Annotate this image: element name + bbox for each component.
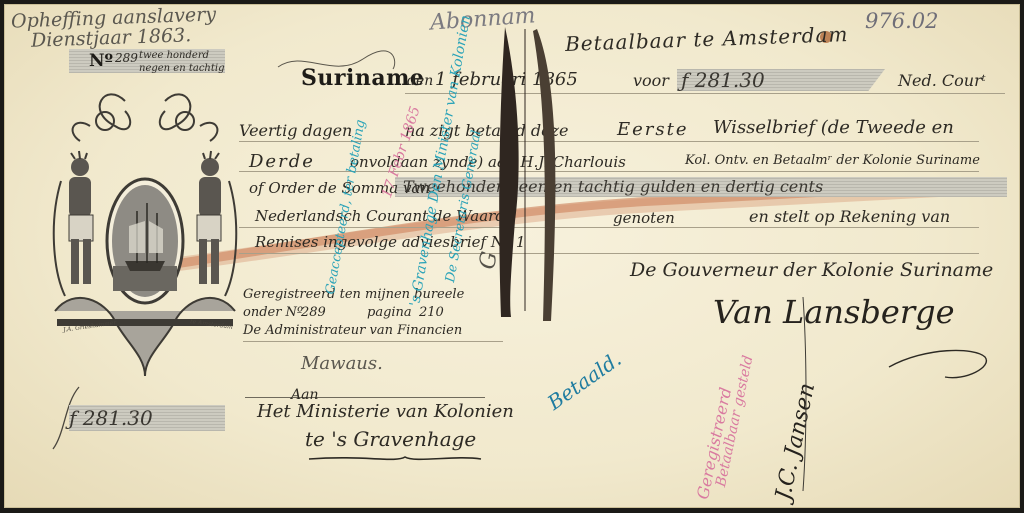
registration-number: 289 [301,305,326,320]
registration-page-label: pagina [367,305,412,320]
registration-line1: Geregistreerd ten mijnen bureele [243,287,464,302]
reference-number: 976.02 [865,9,938,33]
registration-line3: De Administrateur van Financien [243,323,462,338]
coat-of-arms-engraving [45,81,245,381]
voor-label: voor [633,71,669,90]
addressee-line2: te 's Gravenhage [305,427,476,451]
addressee-underline-flourish [305,453,485,467]
registration-rule [243,341,503,342]
addressee-rule [245,397,485,398]
number-prefix: Nº [89,51,113,71]
registration-line2-prefix: onder Nº [243,305,303,320]
date-prefix: den [407,73,433,89]
signature-flourish [885,337,1005,387]
body-line-2-post: Kol. Ontv. en Betaalmʳ der Kolonie Surin… [685,153,980,168]
body-rule-5 [239,253,979,254]
body-line-1-post: Wisselbrief (de Tweede en [713,117,954,138]
bill-of-exchange-document: Opheffing aanslavery Dienstjaar 1863. Ab… [4,4,1020,508]
body-rule-4 [239,227,979,228]
body-line-4-post: en stelt op Rekening van [749,207,950,226]
body-line-4-pre: Nederlandsch Courant de Waarde [255,207,514,225]
brown-ink-strokes [485,21,575,321]
place-suriname: Suriname [301,65,424,91]
vertical-pen-line [795,295,815,495]
governor-signature: Van Lansberge [713,293,955,331]
amount-bottom: ƒ 281.30 [69,406,153,430]
administrator-signature: Mawaus. [301,353,383,374]
number-value: 289 [115,51,138,65]
body-line-1-first: Eerste [617,119,689,140]
number-in-words: twee honderd negen en tachtig [139,49,229,75]
body-line-1-pre: Veertig dagen [239,121,352,140]
issuer-title: De Gouverneur der Kolonie Suriname [630,259,993,281]
body-line-2-pre: Derde [249,151,315,172]
addressee-line1: Het Ministerie van Kolonien [257,401,514,422]
currency-label: Ned. Courᵗ [898,71,986,90]
body-line-4-mid: genoten [613,209,675,227]
amount-top: ƒ 281.30 [681,68,765,92]
